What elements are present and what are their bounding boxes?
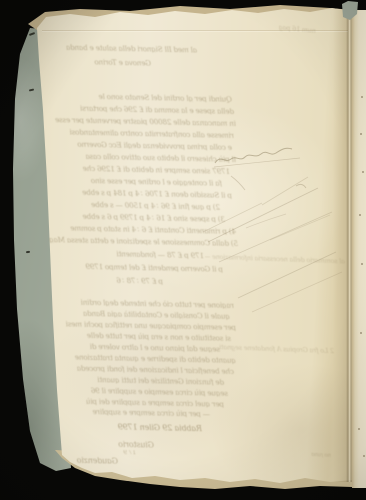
ink-speck <box>358 428 360 430</box>
ink-speck <box>361 263 363 265</box>
ink-speck <box>360 133 362 135</box>
manuscript-photo: al med Ill Signori della salute e bandaG… <box>0 0 366 500</box>
ink-speck <box>361 96 363 98</box>
ink-speck <box>360 332 362 334</box>
ink-speck <box>362 171 364 173</box>
ink-bleedthrough-flourish <box>0 0 366 500</box>
ink-speck <box>363 455 365 457</box>
ink-speck <box>359 214 361 216</box>
